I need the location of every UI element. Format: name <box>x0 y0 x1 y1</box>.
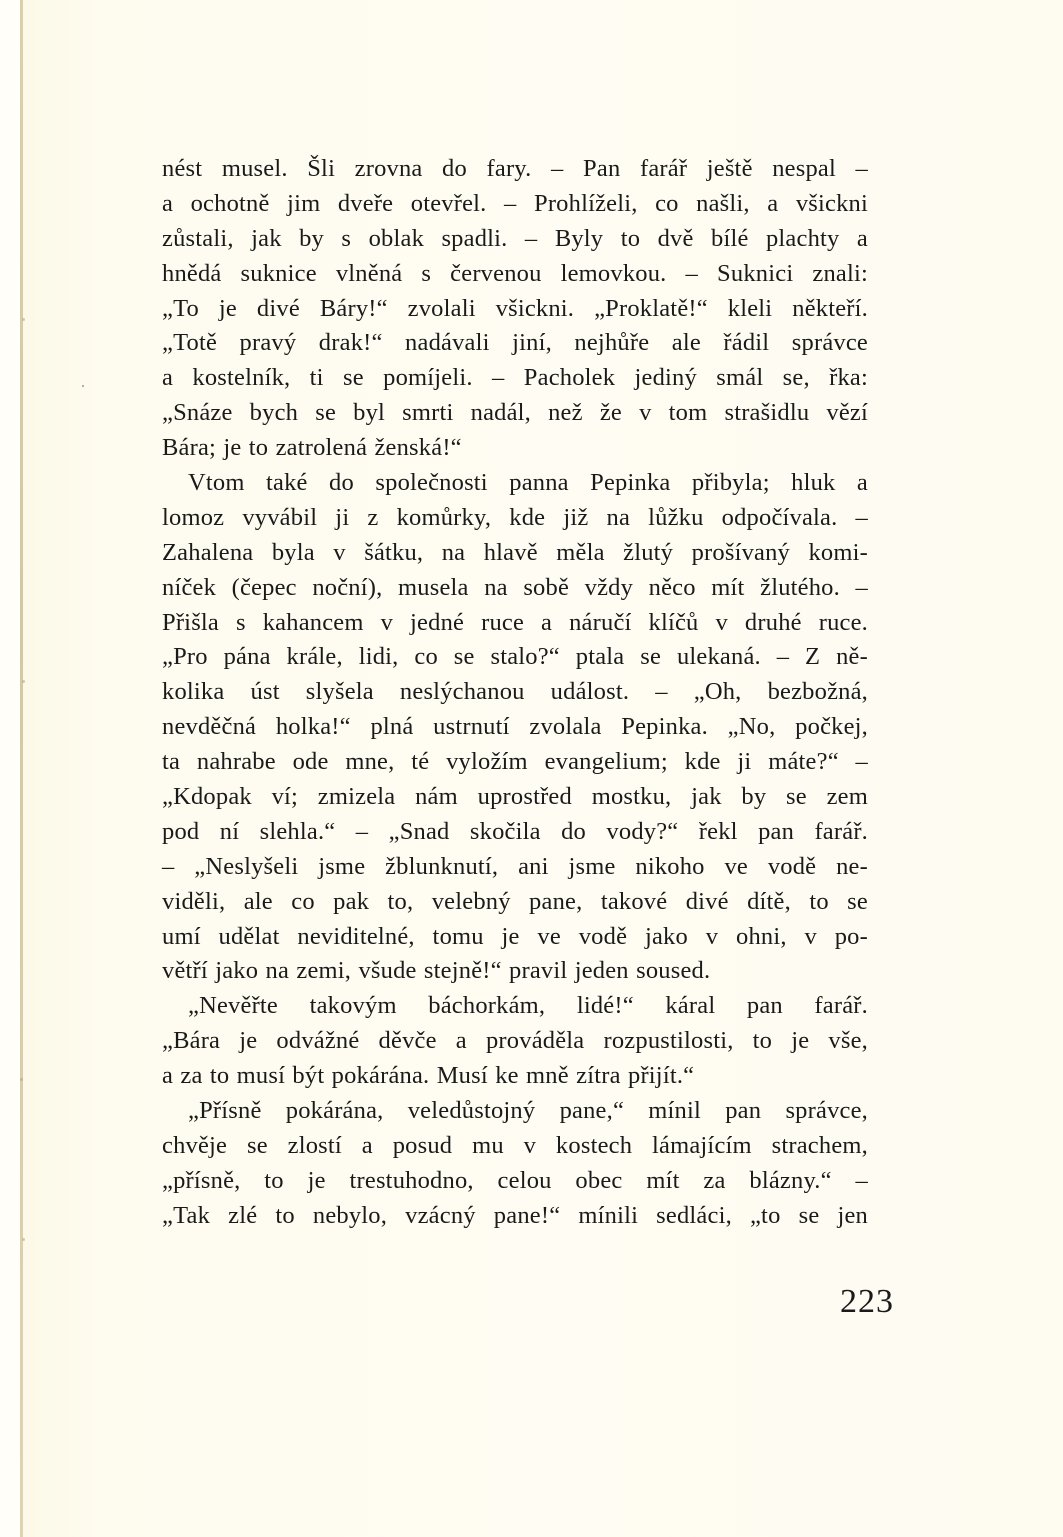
book-page: nést musel. Šli zrovna do fary. – Pan fa… <box>0 0 1063 1537</box>
page-gutter-edge <box>0 0 20 1537</box>
text-line: „Pro pána krále, lidi, co se stalo?“ pta… <box>162 640 868 675</box>
text-line: „Přísně pokárána, veledůstojný pane,“ mí… <box>162 1094 868 1129</box>
paper-speck <box>22 680 25 683</box>
text-line: viděli, ale co pak to, velebný pane, tak… <box>162 885 868 920</box>
text-line: a ochotně jim dveře otevřel. – Prohlížel… <box>162 187 868 222</box>
text-line: ta nahrabe ode mne, té vyložím evangeliu… <box>162 745 868 780</box>
text-line: lomoz vyvábil ji z komůrky, kde již na l… <box>162 501 868 536</box>
paper-speck <box>22 318 25 321</box>
text-line: nést musel. Šli zrovna do fary. – Pan fa… <box>162 152 868 187</box>
paragraph-4: „Přísně pokárána, veledůstojný pane,“ mí… <box>162 1094 868 1234</box>
paragraph-2: Vtom také do společnosti panna Pepinka p… <box>162 466 868 989</box>
text-line: „Nevěřte takovým báchorkám, lidé!“ káral… <box>162 989 868 1024</box>
paper-speck <box>20 1078 23 1081</box>
text-line: Bára; je to zatrolená ženská!“ <box>162 431 868 466</box>
text-line: a kostelník, ti se pomíjeli. – Pacholek … <box>162 361 868 396</box>
text-line: „Bára je odvážné děvče a prováděla rozpu… <box>162 1024 868 1059</box>
text-line: níček (čepec noční), musela na sobě vždy… <box>162 571 868 606</box>
text-line: „přísně, to je trestuhodno, celou obec m… <box>162 1164 868 1199</box>
text-line: nevděčná holka!“ plná ustrnutí zvolala P… <box>162 710 868 745</box>
text-line: chvěje se zlostí a posud mu v kostech lá… <box>162 1129 868 1164</box>
text-line: „Snáze bych se byl smrti nadál, než že v… <box>162 396 868 431</box>
text-line: „Kdopak ví; zmizela nám uprostřed mostku… <box>162 780 868 815</box>
text-line: umí udělat neviditelné, tomu je ve vodě … <box>162 920 868 955</box>
page-number: 223 <box>840 1283 894 1321</box>
paper-speck <box>82 385 84 387</box>
text-line: větří jako na zemi, všude stejně!“ pravi… <box>162 954 868 989</box>
paragraph-1: nést musel. Šli zrovna do fary. – Pan fa… <box>162 152 868 466</box>
text-line: Přišla s kahancem v jedné ruce a náručí … <box>162 606 868 641</box>
text-line: pod ní slehla.“ – „Snad skočila do vody?… <box>162 815 868 850</box>
text-line: Vtom také do společnosti panna Pepinka p… <box>162 466 868 501</box>
paper-speck <box>22 1238 25 1241</box>
paragraph-3: „Nevěřte takovým báchorkám, lidé!“ káral… <box>162 989 868 1094</box>
text-line: hnědá suknice vlněná s červenou lemovkou… <box>162 257 868 292</box>
text-line: kolika úst slyšela neslýchanou událost. … <box>162 675 868 710</box>
text-line: – „Neslyšeli jsme žblunknutí, ani jsme n… <box>162 850 868 885</box>
text-line: zůstali, jak by s oblak spadli. – Byly t… <box>162 222 868 257</box>
text-line: Zahalena byla v šátku, na hlavě měla žlu… <box>162 536 868 571</box>
binding-crease <box>20 0 23 1537</box>
text-line: „Totě pravý drak!“ nadávali jiní, nejhůř… <box>162 326 868 361</box>
body-text: nést musel. Šli zrovna do fary. – Pan fa… <box>162 152 868 1234</box>
text-line: „To je divé Báry!“ zvolali všickni. „Pro… <box>162 292 868 327</box>
text-line: „Tak zlé to nebylo, vzácný pane!“ mínili… <box>162 1199 868 1234</box>
text-line: a za to musí být pokárána. Musí ke mně z… <box>162 1059 868 1094</box>
